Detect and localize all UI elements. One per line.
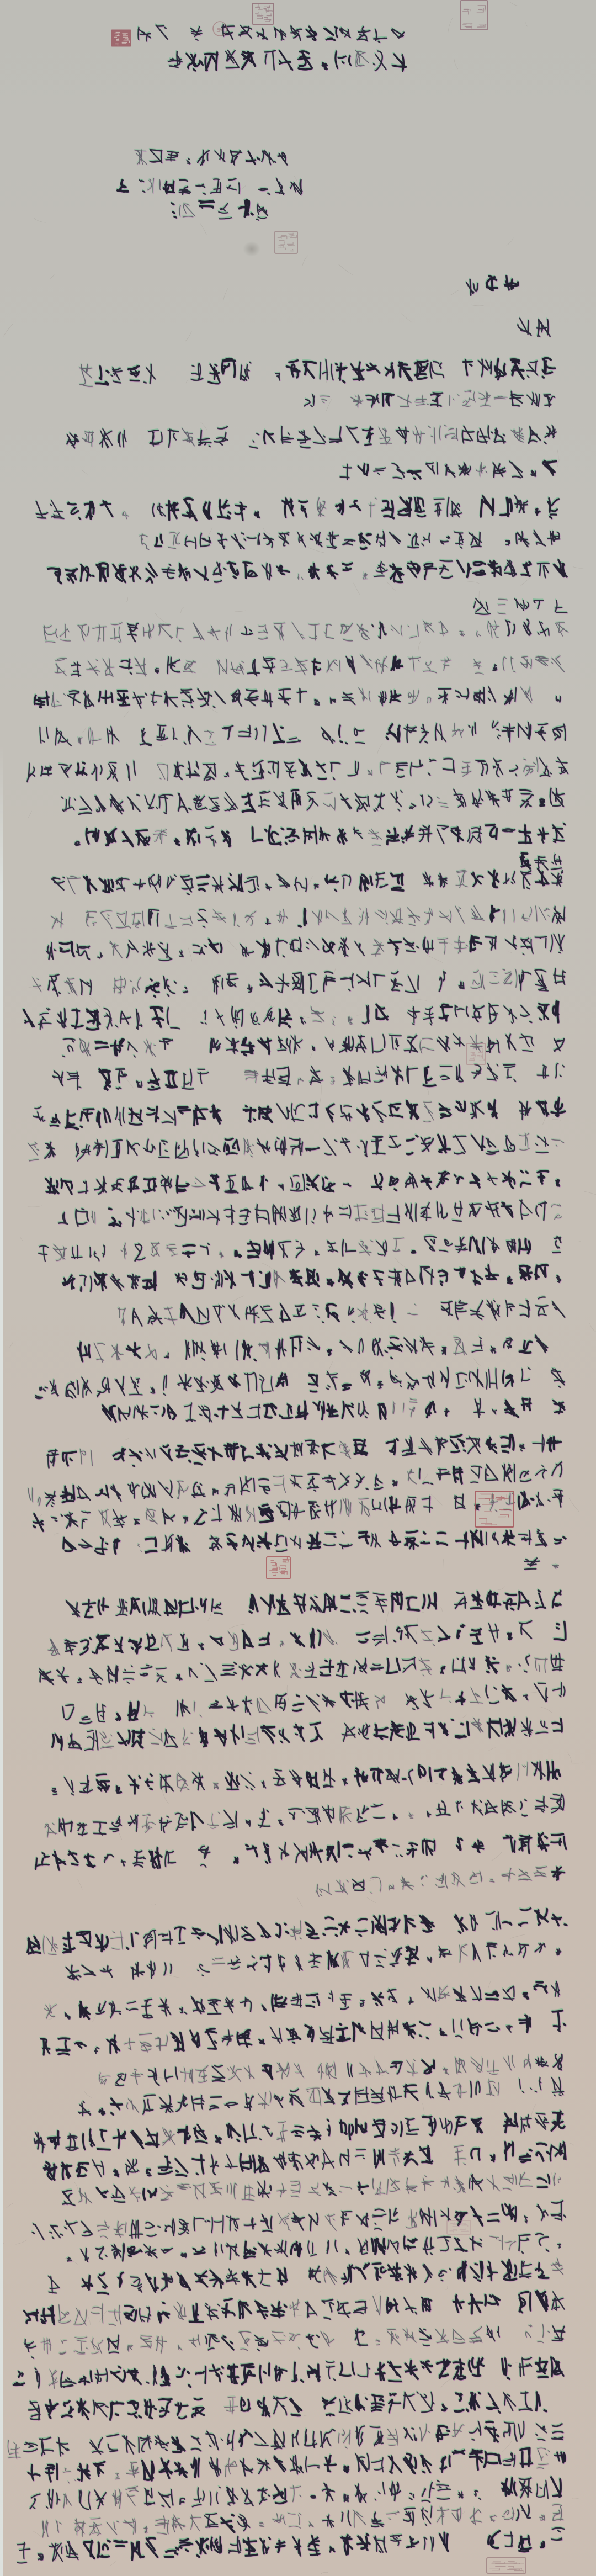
seal-stamp-square [266,1556,291,1579]
seal-stamp-square [446,2220,471,2235]
seal-stamp-square [274,231,298,254]
seal-stamp-square [486,2557,526,2574]
seal-stamps [0,0,596,2576]
seal-stamp-square [460,0,488,30]
seal-stamp-round [212,21,227,36]
seal-stamp-square [466,1043,486,1065]
seal-stamp-square [111,29,131,47]
calligraphy-scroll [0,0,596,2576]
seal-stamp-square [475,1491,514,1528]
seal-stamp-square [252,3,274,25]
